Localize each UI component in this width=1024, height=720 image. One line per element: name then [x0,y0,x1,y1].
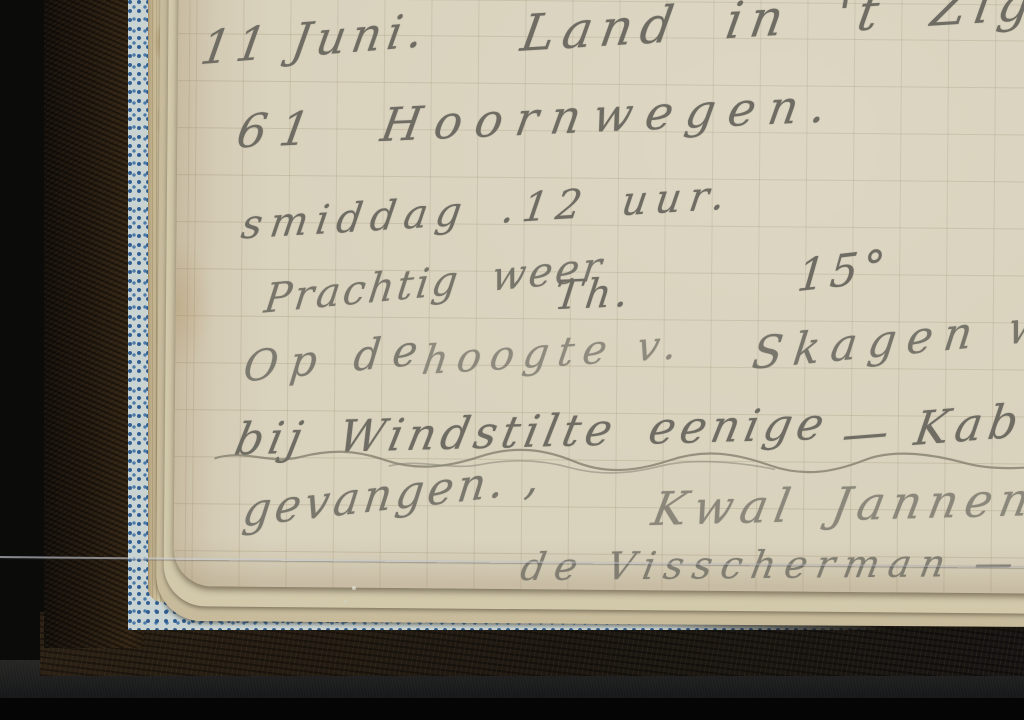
notebook-page: 11 Juni. Land in 't Zigt 61 Hoornwegen. … [173,0,1024,594]
backdrop-black-band [0,698,1024,720]
handwriting-line: Kwal Jannen w [648,470,1024,536]
dust-speck [352,586,356,590]
dust-speck [344,600,347,603]
handwriting-line: Th. [552,270,635,320]
photo-canvas: 11 Juni. Land in 't Zigt 61 Hoornwegen. … [0,0,1024,720]
